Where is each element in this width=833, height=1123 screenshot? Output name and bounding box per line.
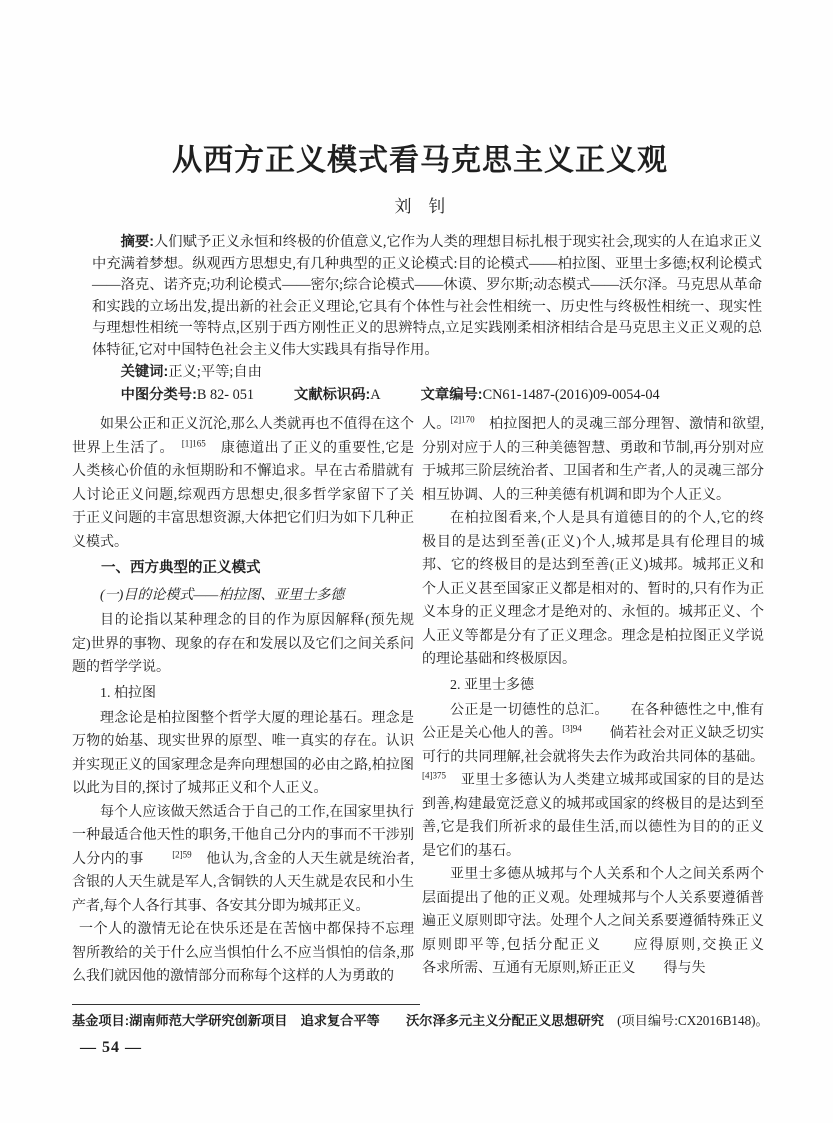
clc-value: B 82- 051 (197, 387, 254, 403)
classification-line: 中图分类号:B 82- 051文献标识码:A文章编号:CN61-1487-(20… (92, 383, 768, 407)
citation-superscript: [2]59 (172, 849, 192, 859)
citation-superscript: [3]94 (562, 723, 582, 733)
subsection-heading: (一)目的论模式——柏拉图、亚里士多德 (72, 583, 414, 608)
keywords-label: 关键词: (121, 364, 169, 380)
clc-label: 中图分类号: (121, 387, 197, 403)
fund-note: 基金项目:湖南师范大学研究创新项目 追求复合平等 沃尔泽多元主义分配正义思想研究… (72, 1011, 772, 1031)
body-paragraph: 亚里士多德从城邦与个人关系和个人之间关系两个层面提出了他的正义观。处理城邦与个人… (422, 863, 764, 981)
body-paragraph: 每个人应该做天然适合于自己的工作,在国家里执行一种最适合他天性的职务,干他自己分… (72, 801, 414, 919)
left-column: 如果公正和正义沉沦,那么人类就再也不值得在这个世界上生活了。 [1]165 康德… (72, 413, 414, 989)
body-paragraph: 一个人的激情无论在快乐还是在苦恼中都保持不忘理智所教给的关于什么应当惧怕什么不应… (72, 918, 414, 989)
body-paragraph: 目的论指以某种理念的目的作为原因解释(预先规定)世界的事物、现象的存在和发展以及… (72, 609, 414, 680)
doc-code-item: 文献标识码:A (294, 387, 381, 403)
numbered-heading: 2. 亚里士多德 (422, 673, 764, 698)
fund-label: 基金项目: (72, 1013, 129, 1028)
article-no-item: 文章编号:CN61-1487-(2016)09-0054-04 (421, 387, 660, 403)
doc-code-label: 文献标识码: (294, 387, 370, 403)
fund-text: 湖南师范大学研究创新项目 追求复合平等 沃尔泽多元主义分配正义思想研究 (129, 1013, 604, 1028)
body-paragraph: 如果公正和正义沉沦,那么人类就再也不值得在这个世界上生活了。 [1]165 康德… (72, 413, 414, 554)
right-column: 人。[2]170 柏拉图把人的灵魂三部分理智、激情和欲望,分别对应于人的三种美德… (422, 413, 764, 989)
article-page: 从西方正义模式看马克思主义正义观 刘 钊 摘要:人们赋予正义永恒和终极的价值意义… (0, 0, 833, 1123)
article-title: 从西方正义模式看马克思主义正义观 (72, 142, 768, 180)
body-paragraph: 在柏拉图看来,个人是具有道德目的的个人,它的终极目的是达到至善(正义)个人,城邦… (422, 507, 764, 672)
section-heading: 一、西方典型的正义模式 (72, 556, 414, 581)
article-no-label: 文章编号: (421, 387, 483, 403)
doc-code-value: A (370, 387, 380, 403)
clc-item: 中图分类号:B 82- 051 (121, 387, 254, 403)
citation-superscript: [2]170 (451, 414, 475, 424)
page-number: — 54 — (80, 1039, 142, 1057)
fund-project-number: (项目编号:CX2016B148)。 (604, 1013, 769, 1028)
keywords-value: 正义;平等;自由 (168, 364, 262, 380)
footnote-divider (72, 1004, 420, 1005)
two-column-body: 如果公正和正义沉沦,那么人类就再也不值得在这个世界上生活了。 [1]165 康德… (72, 413, 768, 989)
body-paragraph: 人。[2]170 柏拉图把人的灵魂三部分理智、激情和欲望,分别对应于人的三种美德… (422, 413, 764, 507)
author-name: 刘 钊 (72, 196, 768, 218)
body-paragraph: 理念论是柏拉图整个哲学大厦的理论基石。理念是万物的始基、现实世界的原型、唯一真实… (72, 707, 414, 801)
numbered-heading: 1. 柏拉图 (72, 681, 414, 706)
body-paragraph: 公正是一切德性的总汇。 在各种德性之中,惟有公正是关心他人的善。[3]94 倘若… (422, 699, 764, 864)
article-no-value: CN61-1487-(2016)09-0054-04 (483, 387, 660, 403)
abstract-paragraph: 摘要:人们赋予正义永恒和终极的价值意义,它作为人类的理想目标扎根于现实社会,现实… (92, 232, 762, 361)
abstract-text: 人们赋予正义永恒和终极的价值意义,它作为人类的理想目标扎根于现实社会,现实的人在… (92, 234, 762, 358)
citation-superscript: [4]375 (422, 770, 446, 780)
abstract-label: 摘要: (121, 234, 154, 250)
keywords-line: 关键词:正义;平等;自由 (92, 361, 768, 383)
citation-superscript: [1]165 (182, 438, 206, 448)
